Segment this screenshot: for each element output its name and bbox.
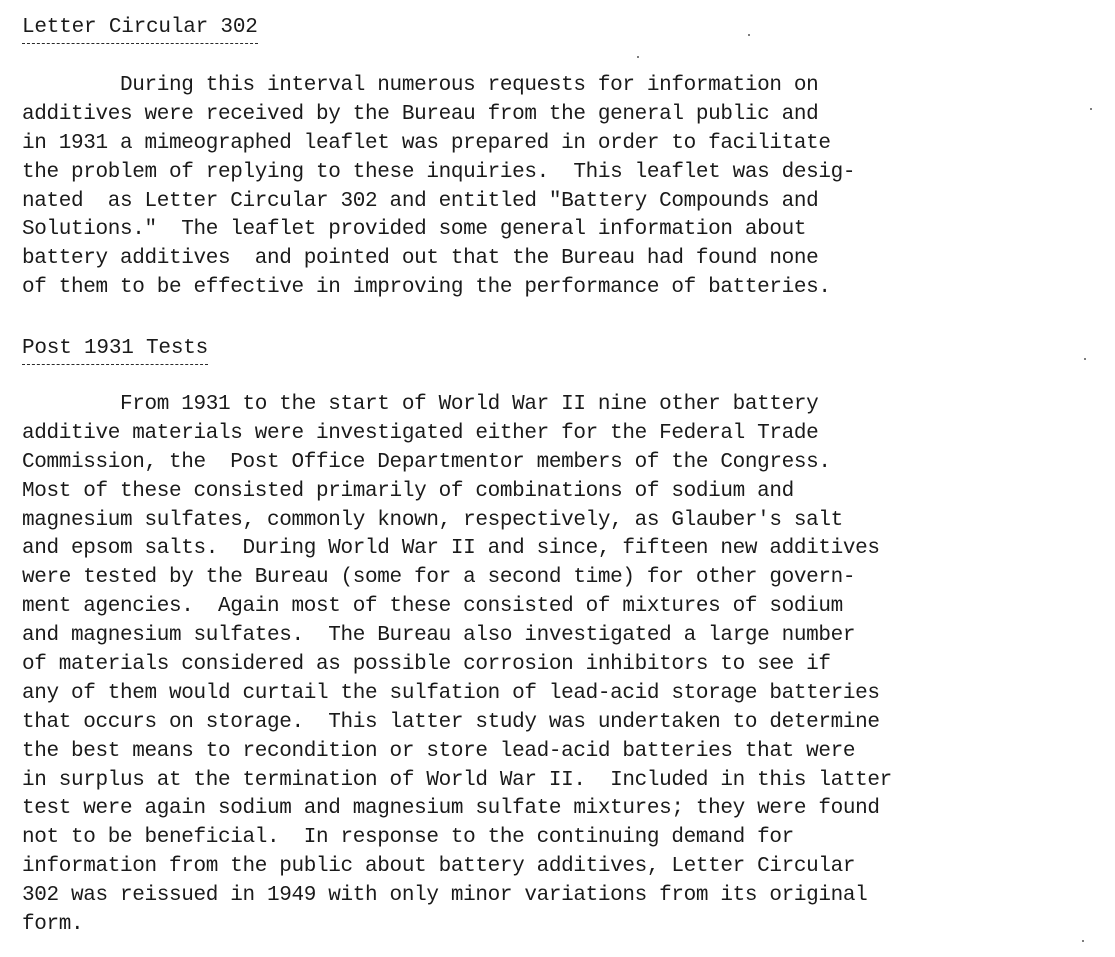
paragraph-line: additive materials were investigated eit… — [22, 420, 892, 449]
paragraph-line: battery additives and pointed out that t… — [22, 245, 855, 274]
paragraph-line: Commission, the Post Office Departmentor… — [22, 449, 892, 478]
section-heading-letter-circular-302: Letter Circular 302 — [22, 14, 258, 44]
paragraph-line: were tested by the Bureau (some for a se… — [22, 564, 892, 593]
paragraph-line: ment agencies. Again most of these consi… — [22, 593, 892, 622]
scan-speck — [1084, 358, 1086, 360]
paragraph-line: Most of these consisted primarily of com… — [22, 478, 892, 507]
paragraph-line: the problem of replying to these inquiri… — [22, 159, 855, 188]
paragraph-line: From 1931 to the start of World War II n… — [22, 391, 892, 420]
paragraph-line: in surplus at the termination of World W… — [22, 767, 892, 796]
paragraph-line: test were again sodium and magnesium sul… — [22, 795, 892, 824]
paragraph-line: additives were received by the Bureau fr… — [22, 101, 855, 130]
scan-speck — [1090, 108, 1092, 110]
document-page: Letter Circular 302 During this interval… — [0, 0, 1115, 957]
paragraph-line: not to be beneficial. In response to the… — [22, 824, 892, 853]
paragraph-line: information from the public about batter… — [22, 853, 892, 882]
scan-speck — [637, 56, 639, 58]
paragraph-post-1931-tests: From 1931 to the start of World War II n… — [22, 391, 892, 940]
paragraph-line: of materials considered as possible corr… — [22, 651, 892, 680]
paragraph-line: in 1931 a mimeographed leaflet was prepa… — [22, 130, 855, 159]
paragraph-line: Solutions." The leaflet provided some ge… — [22, 216, 855, 245]
paragraph-line: and magnesium sulfates. The Bureau also … — [22, 622, 892, 651]
section-heading-post-1931-tests: Post 1931 Tests — [22, 335, 208, 365]
paragraph-line: During this interval numerous requests f… — [22, 72, 855, 101]
paragraph-line: 302 was reissued in 1949 with only minor… — [22, 882, 892, 911]
paragraph-line: form. — [22, 911, 892, 940]
paragraph-line: of them to be effective in improving the… — [22, 274, 855, 303]
paragraph-line: any of them would curtail the sulfation … — [22, 680, 892, 709]
paragraph-line: magnesium sulfates, commonly known, resp… — [22, 507, 892, 536]
paragraph-line: the best means to recondition or store l… — [22, 738, 892, 767]
scan-speck — [748, 34, 750, 36]
paragraph-line: that occurs on storage. This latter stud… — [22, 709, 892, 738]
paragraph-line: and epsom salts. During World War II and… — [22, 535, 892, 564]
paragraph-letter-circular: During this interval numerous requests f… — [22, 72, 855, 303]
paragraph-line: nated as Letter Circular 302 and entitle… — [22, 188, 855, 217]
scan-speck — [1082, 940, 1084, 942]
